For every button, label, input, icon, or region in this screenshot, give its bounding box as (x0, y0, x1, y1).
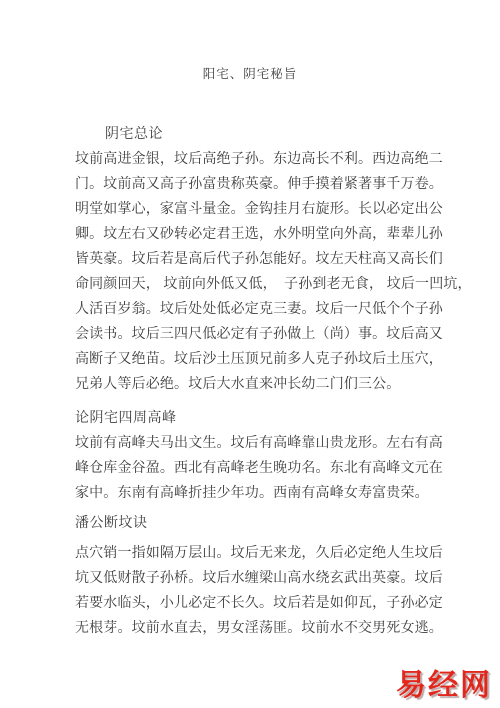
text-line: 若要水临头，小儿必定不长久。坟后若是如仰瓦，子孙必定 (75, 591, 430, 616)
section-heading-pangong-duanfenjue: 潘公断坟诀 (75, 511, 430, 536)
text-line: 点穴销一指如隔万层山。坟后无来龙，久后必定绝人生坟后 (75, 541, 430, 566)
section-heading-sizhou-gaofeng: 论阴宅四周高峰 (75, 406, 430, 431)
text-line: 无根芽。坟前水直去，男女淫荡匪。坟前水不交男死女逃。 (75, 616, 430, 641)
page-title: 阳宅、阴宅秘旨 (0, 63, 500, 85)
text-line: 兄弟人等后必绝。坟后大水直来冲长幼二门们三公。 (75, 372, 430, 397)
text-line: 坟前高进金银，坟后高绝子孙。东边高长不利。西边高绝二 (75, 147, 430, 172)
text-line: 卿。坟左右又砂转必定君王选，水外明堂向外高，辈辈儿孙 (75, 222, 430, 247)
document-body: 阴宅总论 坟前高进金银，坟后高绝子孙。东边高长不利。西边高绝二 门。坟前高又高子… (0, 122, 500, 641)
text-line: 人活百岁翁。坟后处处低必定克三妻。坟后一尺低个个子孙 (75, 297, 430, 322)
paragraph-pangong-duanfenjue: 点穴销一指如隔万层山。坟后无来龙，久后必定绝人生坟后 坑又低财散子孙桥。坟后水缠… (75, 541, 430, 641)
text-line: 峰仓库金谷盈。西北有高峰老生晚功名。东北有高峰文元在 (75, 456, 430, 481)
yijingwang-watermark-logo: 易经网 (396, 660, 492, 704)
text-line: 皆英豪。坟后若是高后代子孙怎能好。坟左天柱高又高长们 (75, 247, 430, 272)
text-line: 会读书。坟后三四尺低必定有子孙做上（尚）事。坟后高又 (75, 322, 430, 347)
document-page: 阳宅、阴宅秘旨 阴宅总论 坟前高进金银，坟后高绝子孙。东边高长不利。西边高绝二 … (0, 0, 500, 708)
text-line: 明堂如掌心，家富斗量金。金钩挂月右旋形。长以必定出公 (75, 197, 430, 222)
paragraph-sizhou-gaofeng: 坟前有高峰夫马出文生。坟后有高峰靠山贵龙形。左右有高 峰仓库金谷盈。西北有高峰老… (75, 431, 430, 506)
text-line: 家中。东南有高峰折挂少年功。西南有高峰女寿富贵荣。 (75, 481, 430, 506)
text-line: 命同颜回天， 坟前向外低又低， 子孙到老无食， 坟后一凹坑， (75, 272, 430, 297)
text-line: 高断子又绝苗。坟后沙土压顶兄前多人克子孙坟后土压穴， (75, 347, 430, 372)
text-line: 门。坟前高又高子孙富贵称英豪。伸手摸着紧著事千万卷。 (75, 172, 430, 197)
section-heading-yinzhai-zonglun: 阴宅总论 (75, 122, 430, 147)
paragraph-yinzhai-zonglun: 坟前高进金银，坟后高绝子孙。东边高长不利。西边高绝二 门。坟前高又高子孙富贵称英… (75, 147, 430, 397)
text-line: 坑又低财散子孙桥。坟后水缠梁山高水绕玄武出英豪。坟后 (75, 566, 430, 591)
text-line: 坟前有高峰夫马出文生。坟后有高峰靠山贵龙形。左右有高 (75, 431, 430, 456)
